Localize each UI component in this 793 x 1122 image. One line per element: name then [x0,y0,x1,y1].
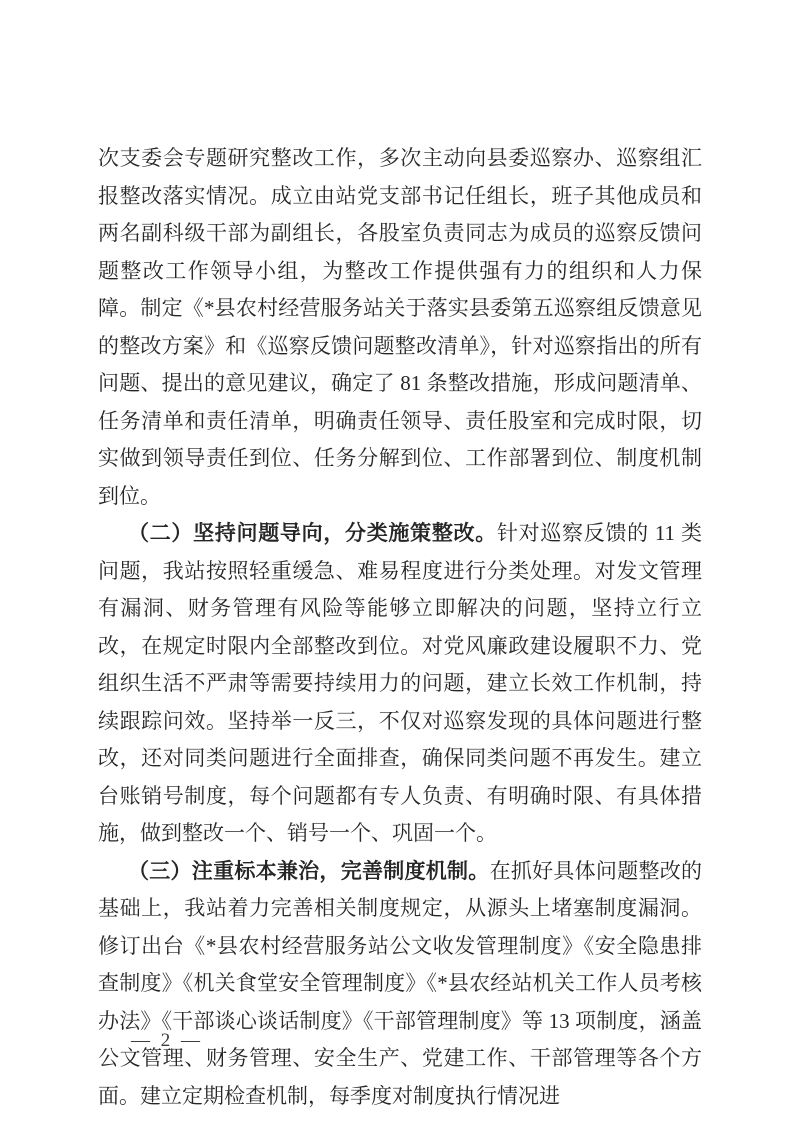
paragraph-text: 次支委会专题研究整改工作，多次主动向县委巡察办、巡察组汇报整改落实情况。成立由站… [98,146,702,508]
paragraph-heading: （三）注重标本兼治，完善制度机制。 [128,859,490,883]
document-body: 次支委会专题研究整改工作，多次主动向县委巡察办、巡察组汇报整改落实情况。成立由站… [98,140,702,1115]
paragraph-continuation: 次支委会专题研究整改工作，多次主动向县委巡察办、巡察组汇报整改落实情况。成立由站… [98,140,702,515]
paragraph-text: 在抓好具体问题整改的基础上，我站着力完善相关制度规定，从源头上堵塞制度漏洞。修订… [98,859,702,1108]
paragraph-section-3: （三）注重标本兼治，完善制度机制。在抓好具体问题整改的基础上，我站着力完善相关制… [98,853,702,1116]
paragraph-section-2: （二）坚持问题导向，分类施策整改。针对巡察反馈的 11 类问题，我站按照轻重缓急… [98,515,702,853]
page-number: — 2 — [131,1028,203,1054]
paragraph-text: 针对巡察反馈的 11 类问题，我站按照轻重缓急、难易程度进行分类处理。对发文管理… [98,521,702,845]
paragraph-heading: （二）坚持问题导向，分类施策整改。 [128,521,497,545]
document-page: 次支委会专题研究整改工作，多次主动向县委巡察办、巡察组汇报整改落实情况。成立由站… [0,0,793,1122]
